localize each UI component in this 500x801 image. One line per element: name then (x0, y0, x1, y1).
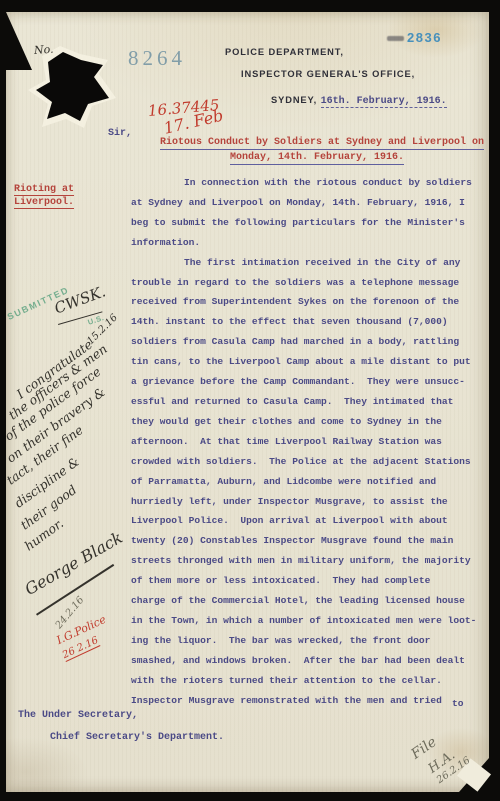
body-line: smashed, and windows broken. After the b… (131, 651, 481, 671)
body-line: 14th. instant to the effect that seven t… (131, 312, 481, 332)
body-line: information. (131, 233, 481, 253)
body-line: essful and returned to Casula Camp. They… (131, 392, 481, 412)
body-line: in the Town, in which a number of intoxi… (131, 611, 481, 631)
registry-stamp-8264: 8264 (128, 46, 186, 71)
body-line: soldiers from Casula Camp had marched in… (131, 332, 481, 352)
body-line: charge of the Commercial Hotel, the lead… (131, 591, 481, 611)
body-line: beg to submit the following particulars … (131, 213, 481, 233)
body-line: In connection with the riotous conduct b… (131, 173, 481, 193)
body-line: afternoon. At that time Liverpool Railwa… (131, 432, 481, 452)
address-line-1: The Under Secretary, (18, 710, 138, 721)
body-line: The first intimation received in the Cit… (131, 253, 481, 273)
letterhead-office: INSPECTOR GENERAL'S OFFICE, (241, 69, 415, 79)
address-line-2: Chief Secretary's Department. (50, 732, 224, 743)
body-line: hurriedly left, under Inspector Musgrave… (131, 492, 481, 512)
letter-page: No. 8264 2836 POLICE DEPARTMENT, INSPECT… (6, 12, 489, 792)
letterhead-date-line: SYDNEY, 16th. February, 1916. (271, 90, 447, 108)
body-line: tin cans, to the Liverpool Camp about a … (131, 352, 481, 372)
subject-line-2: Monday, 14th. February, 1916. (230, 152, 404, 165)
body-line: received from Superintendent Sykes on th… (131, 292, 481, 312)
body-line: with the rioters turned their attention … (131, 671, 481, 691)
letterhead-date: 16th. February, 1916. (321, 96, 447, 108)
body-line: ing the liquor. The bar was wrecked, the… (131, 631, 481, 651)
letter-body: In connection with the riotous conduct b… (131, 173, 481, 710)
body-line: of Parramatta, Auburn, and Lidcombe were… (131, 472, 481, 492)
salutation: Sir, (108, 128, 132, 139)
body-line: of them more or less intoxicated. They h… (131, 571, 481, 591)
body-line: Liverpool Police. Upon arrival at Liverp… (131, 511, 481, 531)
body-line: Inspector Musgrave remonstrated with the… (131, 691, 481, 711)
body-line: trouble in regard to the soldiers was a … (131, 273, 481, 293)
body-line: streets thronged with men in military un… (131, 551, 481, 571)
margin-heading-line-1: Rioting at (14, 184, 74, 196)
letterhead-department: POLICE DEPARTMENT, (225, 47, 344, 57)
catchword: to (452, 698, 464, 709)
body-line: a grievance before the Camp Commandant. … (131, 372, 481, 392)
margin-heading-line-2: Liverpool. (14, 197, 74, 209)
body-line: they would get their clothes and come to… (131, 412, 481, 432)
no-label: No. (34, 43, 54, 57)
subject-line-1: Riotous Conduct by Soldiers at Sydney an… (160, 137, 484, 150)
registry-stamp-2836: 2836 (407, 30, 442, 45)
letterhead-place: SYDNEY, (271, 95, 321, 105)
small-print-smudge (387, 36, 404, 41)
body-line: at Sydney and Liverpool on Monday, 14th.… (131, 193, 481, 213)
body-line: crowded with soldiers. The Police at the… (131, 452, 481, 472)
body-line: twenty (20) Constables Inspector Musgrav… (131, 531, 481, 551)
